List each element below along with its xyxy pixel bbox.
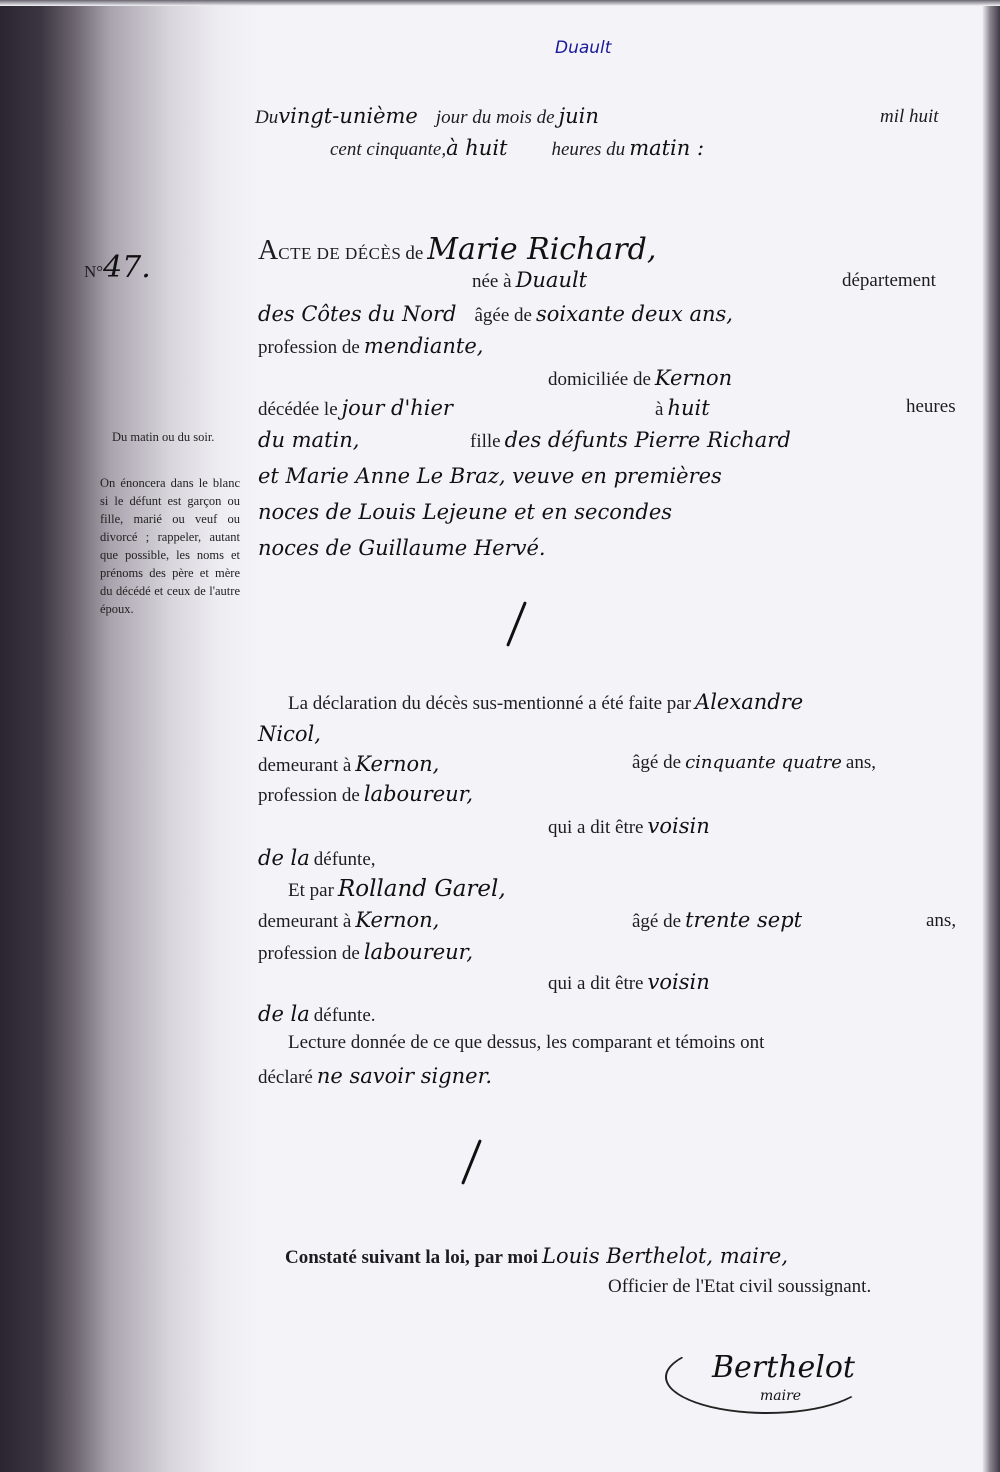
- profession-label-2: profession de: [258, 943, 360, 964]
- declarant2-residence-line: demeurant à Kernon,: [258, 908, 439, 933]
- header-line-2: cent cinquante,à huit heures du matin :: [330, 136, 704, 161]
- declarant2-residence: Kernon,: [355, 908, 439, 932]
- died-hour-label: à: [655, 399, 663, 420]
- department-label: département: [842, 270, 936, 292]
- header-prefix: Du: [255, 107, 278, 128]
- deceased-label-1: défunte,: [314, 849, 376, 870]
- reading-line-2: déclaré ne savoir signer.: [258, 1064, 492, 1089]
- declaration-intro: La déclaration du décès sus-mentionné a …: [288, 693, 691, 714]
- died-label: décédée le: [258, 399, 338, 420]
- scan-shadow-left: [0, 0, 260, 1472]
- declarant1-age: cinquante quatre: [685, 752, 842, 773]
- declarant1-name-a: Alexandre: [695, 690, 803, 714]
- pen-annotation: Duault: [555, 38, 611, 58]
- reading-line-1: Lecture donnée de ce que dessus, les com…: [288, 1032, 764, 1054]
- declarant1-relation-line: qui a dit être voisin: [548, 814, 710, 839]
- age-value: soixante deux ans,: [536, 302, 733, 326]
- relation-label-2: qui a dit être: [548, 973, 644, 994]
- declaration-intro-line: La déclaration du décès sus-mentionné a …: [288, 690, 803, 715]
- deceased-name: Marie Richard,: [427, 232, 656, 267]
- hours-label: heures: [906, 396, 956, 418]
- residing-label: demeurant à: [258, 755, 351, 776]
- closing-line-1: Constaté suivant la loi, par moi Louis B…: [285, 1244, 788, 1269]
- period-value: du matin,: [258, 428, 359, 452]
- declarant1-relation: voisin: [648, 814, 710, 838]
- department-value: des Côtes du Nord: [258, 302, 457, 326]
- born-label: née à: [472, 271, 512, 292]
- declared-label: déclaré: [258, 1067, 313, 1088]
- closing-line-2: Officier de l'Etat civil soussignant.: [608, 1276, 871, 1298]
- day-handwritten: vingt-unième: [278, 104, 418, 128]
- month-handwritten: juin: [559, 104, 599, 128]
- declarant2-name-line: Et par Rolland Garel,: [288, 876, 506, 902]
- declarant2-age: trente sept: [685, 908, 802, 932]
- title-initial: A: [258, 235, 278, 266]
- profession-label-1: profession de: [258, 785, 360, 806]
- profession-line: profession de mendiante,: [258, 334, 483, 359]
- header-suffix: mil huit: [880, 106, 939, 128]
- residing-label-2: demeurant à: [258, 911, 351, 932]
- header-line2-mid: heures du: [551, 139, 625, 160]
- relation-label-1: qui a dit être: [548, 817, 644, 838]
- declarant1-profession-line: profession de laboureur,: [258, 782, 473, 807]
- scan-edge-top: [0, 0, 1000, 6]
- domicile-line: domiciliée de Kernon: [548, 366, 732, 391]
- filiation-line-1: fille des défunts Pierre Richard: [470, 428, 791, 453]
- domicile-value: Kernon: [655, 366, 732, 390]
- filiation-label: fille: [470, 431, 501, 452]
- margin-note-1: Du matin ou du soir.: [112, 428, 242, 446]
- age-label-1: âgé de: [632, 752, 681, 773]
- declarant2-name: Rolland Garel,: [338, 876, 506, 902]
- department-line: des Côtes du Nord âgée de soixante deux …: [258, 302, 733, 327]
- declarant1-residence-line: demeurant à Kernon,: [258, 752, 439, 777]
- declarant2-profession-line: profession de laboureur,: [258, 940, 473, 965]
- signature-subtitle: maire: [760, 1388, 801, 1404]
- born-place: Duault: [516, 268, 588, 292]
- title-de: de: [405, 243, 423, 264]
- declarant2-profession: laboureur,: [364, 940, 473, 964]
- number-label: N°: [84, 262, 103, 281]
- officer-name: Louis Berthelot, maire,: [542, 1244, 788, 1268]
- deceased-label-2: défunte.: [314, 1005, 376, 1026]
- number-value: 47.: [103, 250, 151, 285]
- filiation-text-1: des défunts Pierre Richard: [505, 428, 791, 452]
- of-label-1: de la: [258, 846, 310, 870]
- header-mid: jour du mois de: [436, 107, 555, 128]
- died-hour-value: huit: [667, 396, 709, 420]
- filiation-text-3: noces de Louis Lejeune et en secondes: [258, 500, 672, 524]
- record-number: N°47.: [84, 250, 151, 285]
- declarant2-relation-line: qui a dit être voisin: [548, 970, 710, 995]
- declarant1-name-b: Nicol,: [258, 722, 321, 746]
- closing-text: Constaté suivant la loi, par moi: [285, 1247, 538, 1268]
- of-label-2: de la: [258, 1002, 310, 1026]
- and-by-label: Et par: [288, 880, 334, 901]
- years-label-2: ans,: [926, 910, 956, 932]
- declarant1-of-line: de la défunte,: [258, 846, 376, 871]
- declarant1-age-line: âgé de cinquante quatre ans,: [632, 752, 876, 774]
- profession-value: mendiante,: [364, 334, 484, 358]
- declared-value: ne savoir signer.: [317, 1064, 492, 1088]
- signature: Berthelot: [712, 1350, 855, 1385]
- age-label: âgée de: [475, 305, 532, 326]
- title-rest: CTE DE DÉCÈS: [278, 244, 401, 263]
- header-line2-prefix: cent cinquante,: [330, 139, 446, 160]
- died-hour: à huit: [655, 396, 710, 421]
- hour-handwritten: à huit: [446, 136, 507, 160]
- blank-strike-1: [506, 601, 527, 647]
- died-value: jour d'hier: [342, 396, 453, 420]
- years-label-1: ans,: [846, 752, 876, 773]
- header-line-1: Duvingt-unième jour du mois de juin: [255, 104, 599, 129]
- born-line: née à Duault: [472, 268, 587, 293]
- domicile-label: domiciliée de: [548, 369, 651, 390]
- profession-label: profession de: [258, 337, 360, 358]
- declarant2-of-line: de la défunte.: [258, 1002, 376, 1027]
- died-line: décédée le jour d'hier: [258, 396, 453, 421]
- blank-strike-2: [461, 1139, 482, 1185]
- filiation-text-2: et Marie Anne Le Braz, veuve en première…: [258, 464, 722, 488]
- declarant2-relation: voisin: [648, 970, 710, 994]
- scan-shadow-right: [982, 0, 1000, 1472]
- act-title: ACTE DE DÉCÈS de Marie Richard,: [258, 232, 656, 267]
- declarant2-age-line: âgé de trente sept: [632, 908, 802, 933]
- age-label-2: âgé de: [632, 911, 681, 932]
- period-handwritten: matin :: [629, 136, 704, 160]
- declarant1-profession: laboureur,: [364, 782, 473, 806]
- filiation-text-4: noces de Guillaume Hervé.: [258, 536, 546, 560]
- declarant1-residence: Kernon,: [355, 752, 439, 776]
- margin-note-2: On énoncera dans le blanc si le défunt e…: [100, 474, 240, 618]
- period-line: du matin,: [258, 428, 359, 452]
